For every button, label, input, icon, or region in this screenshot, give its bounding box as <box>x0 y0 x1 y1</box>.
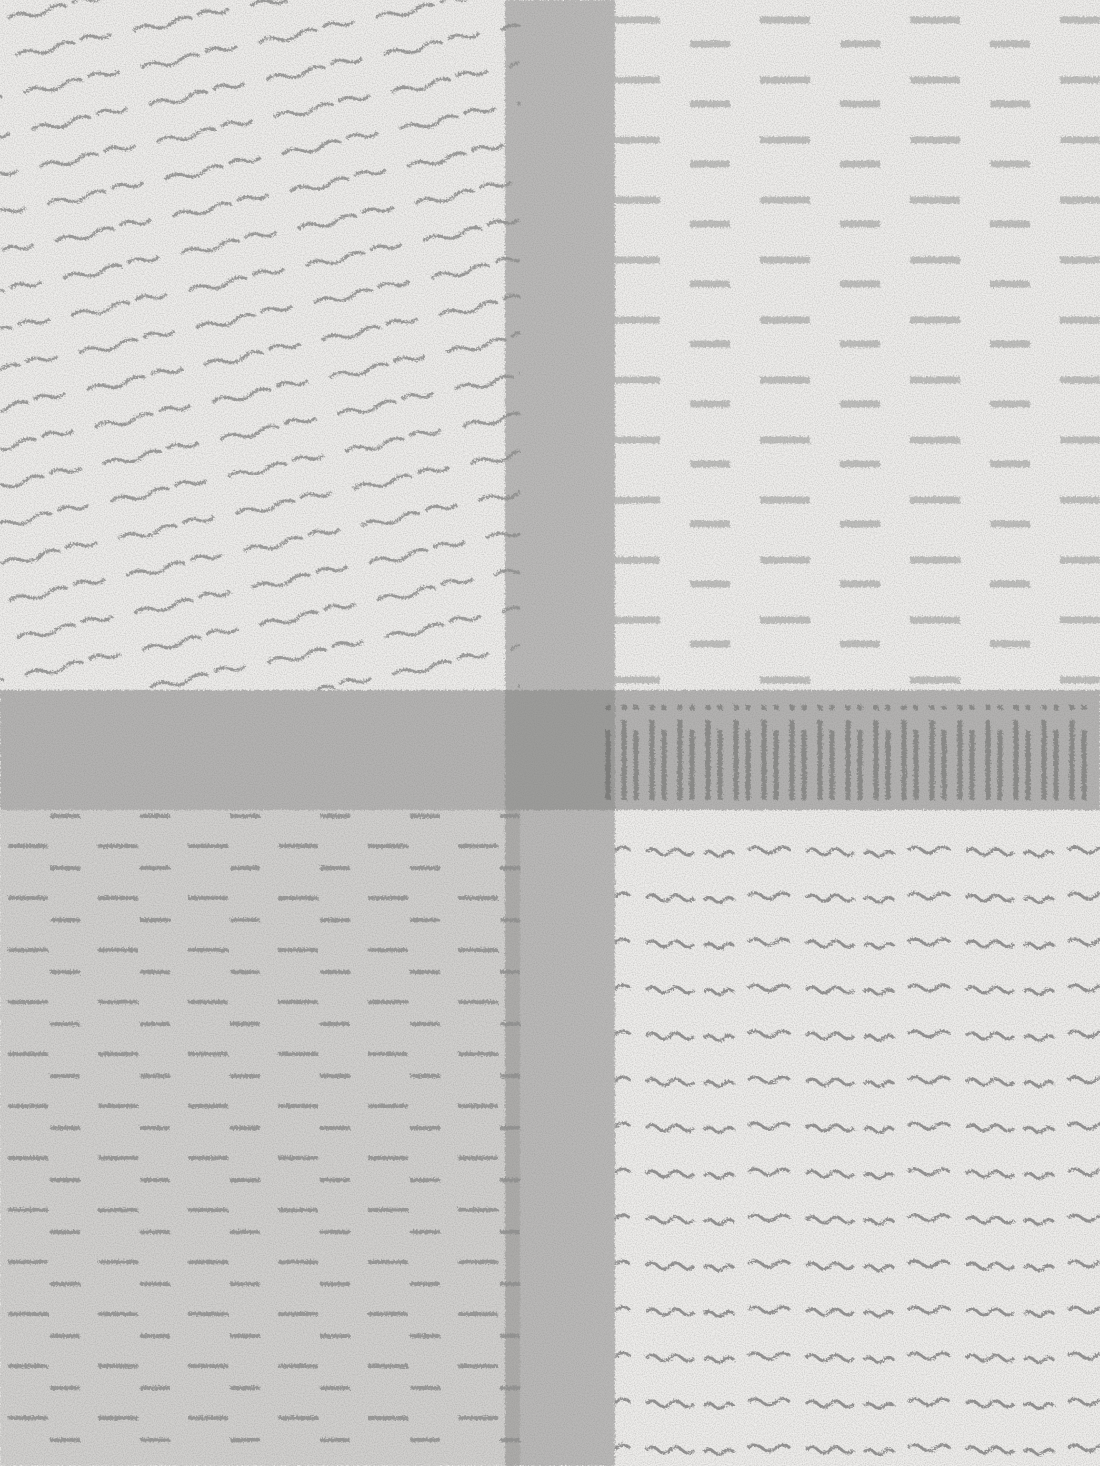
graphite-artwork <box>0 0 1100 1466</box>
graphite-texture <box>0 0 1100 1466</box>
